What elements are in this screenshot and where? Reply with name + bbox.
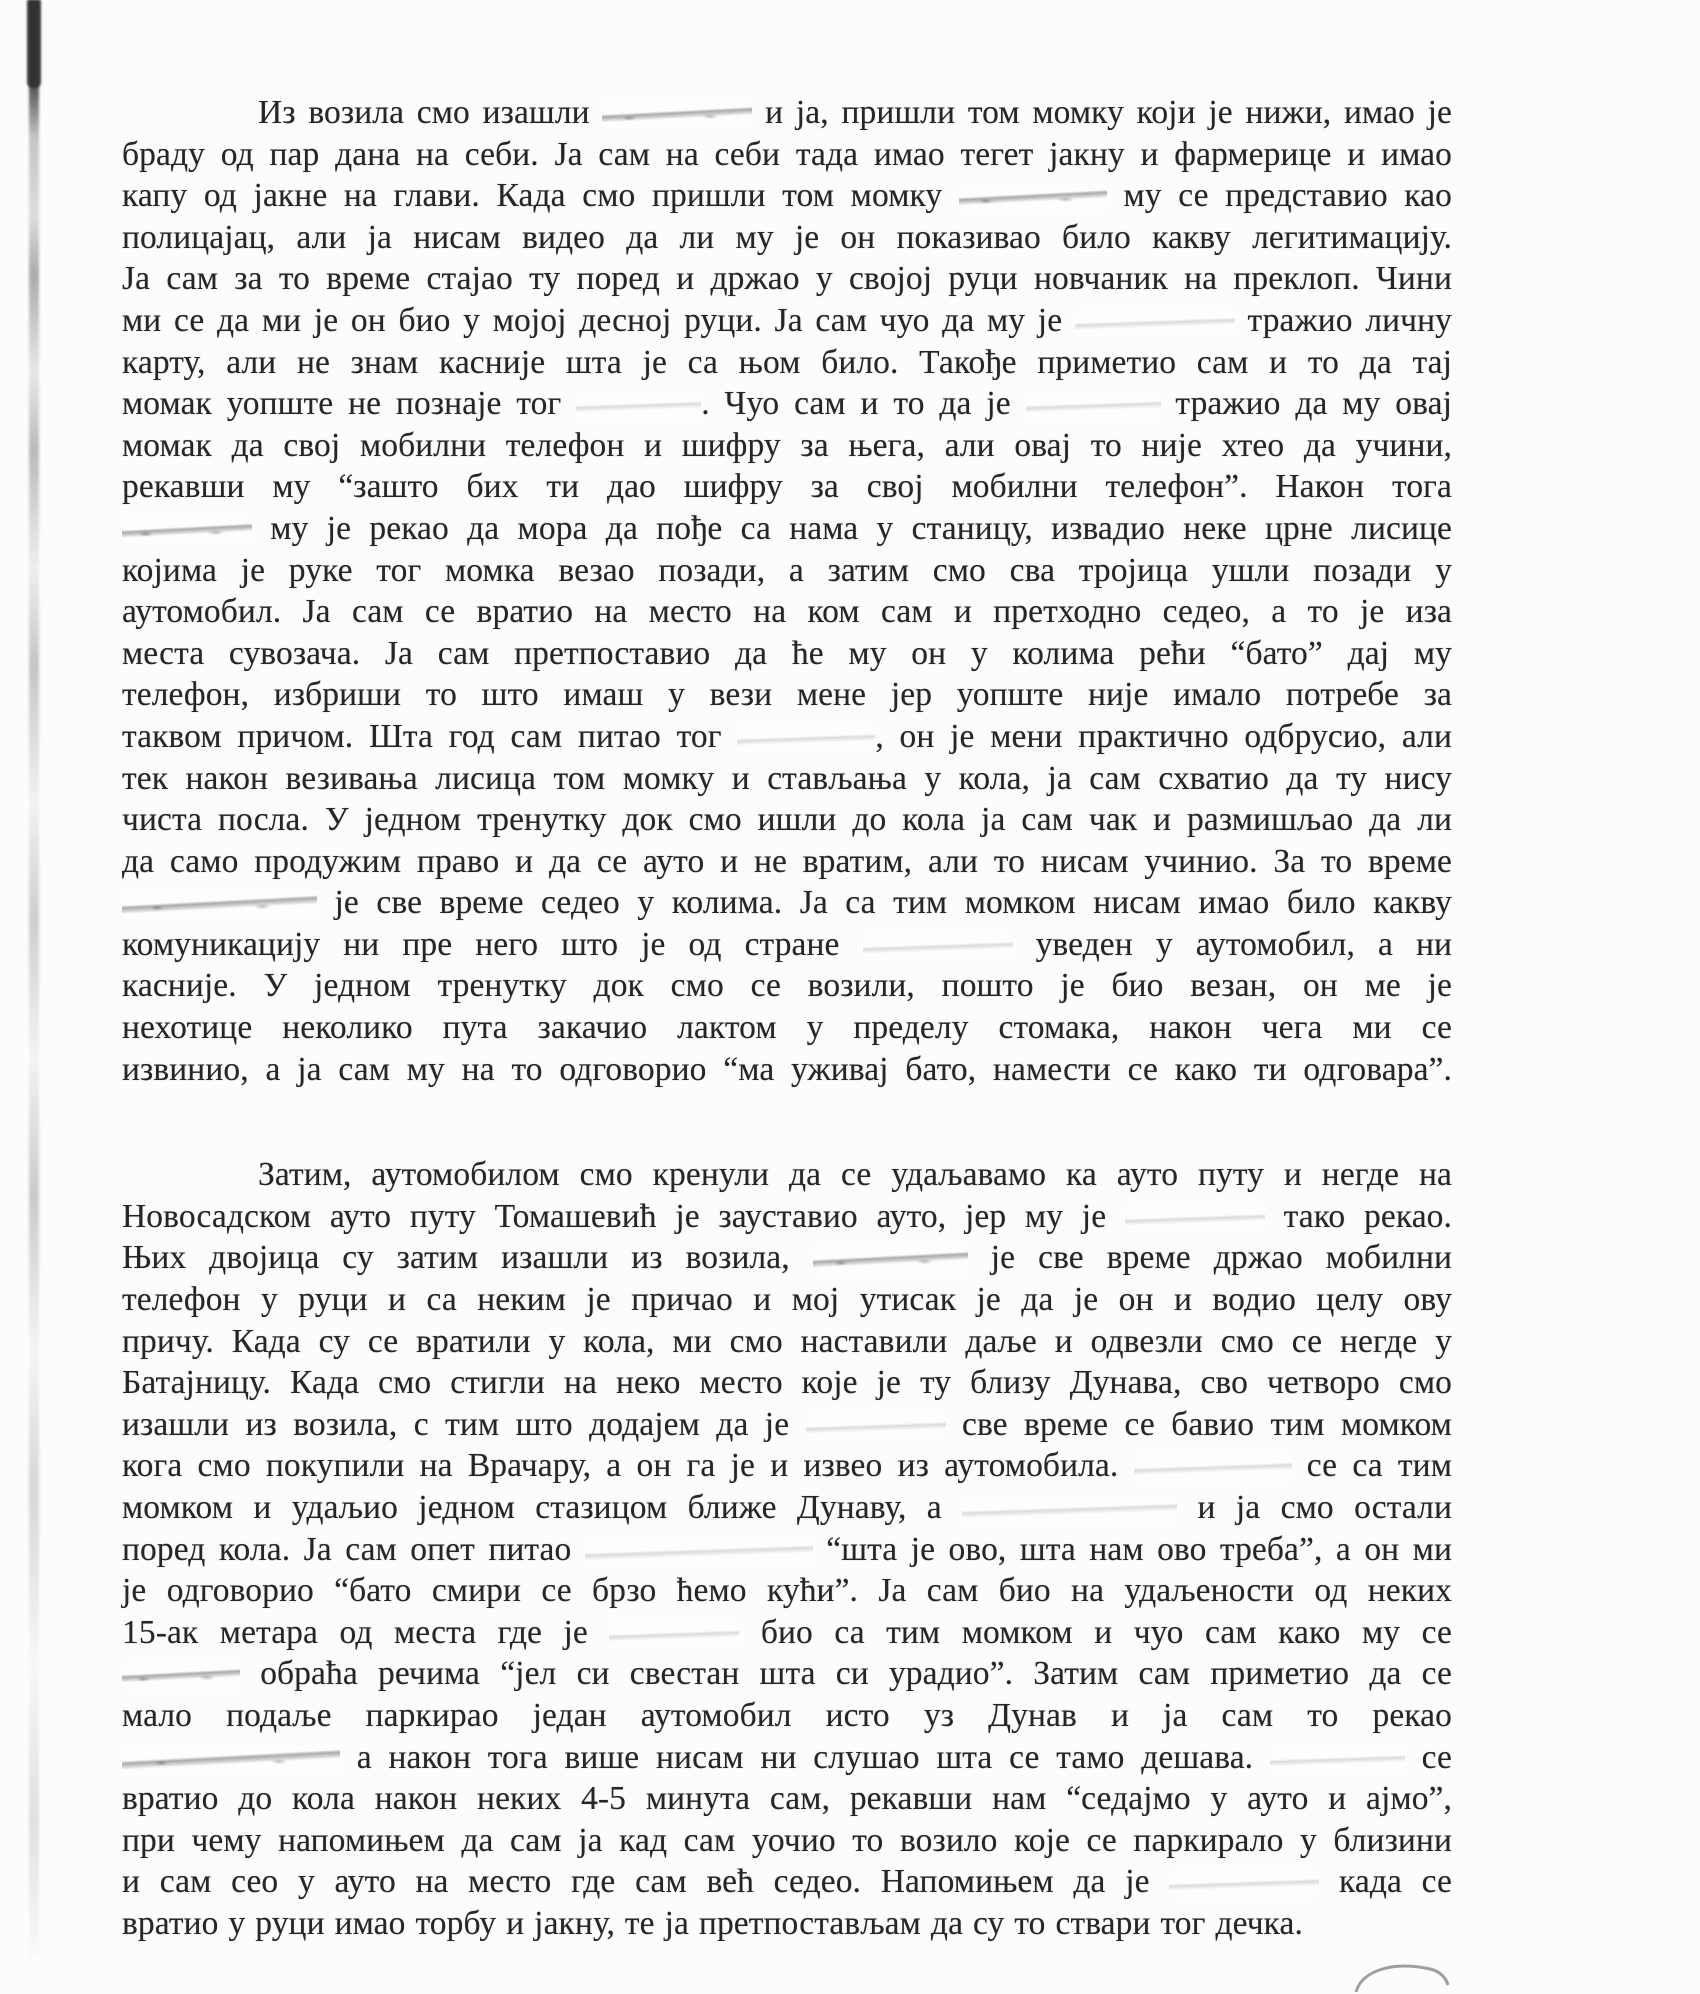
text-line: полицајац, али ја нисам видео да ли му ј… [122,217,1452,259]
document-page: Из возила смо изашли и ја, пришли том мо… [0,0,1700,1994]
text-line: мало подаље паркирао један аутомобил ист… [122,1695,1452,1737]
paragraph: Из возила смо изашли и ја, пришли том мо… [122,92,1452,1090]
text-line: да само продужим право и да се ауто и не… [122,841,1452,883]
redaction-mark [813,1245,968,1275]
text-line: браду од пар дана на себи. Ја сам на себ… [122,134,1452,176]
text-line: је све време седео у колима. Ја са тим м… [122,882,1452,924]
redaction-mark [962,1495,1177,1525]
redaction-mark [122,1745,340,1775]
text-line: кога смо покупили на Врачару, а он га је… [122,1445,1452,1487]
paragraph: Затим, аутомобилом смо кренули да се уда… [122,1154,1452,1944]
redaction-mark [737,724,875,754]
text-line: је одговорио “бато смири се брзо ћемо ку… [122,1570,1452,1612]
text-line: ми се да ми је он био у мојој десној руц… [122,300,1452,342]
text-line: Њих двојица су затим изашли из возила, ј… [122,1237,1452,1279]
redaction-mark [122,1661,240,1691]
text-line: поред кола. Ја сам опет питао “шта је ов… [122,1529,1452,1571]
text-line: нехотице неколико пута закачио лактом у … [122,1007,1452,1049]
redaction-mark [609,1620,739,1650]
text-line: рекавши му “зашто бих ти дао шифру за св… [122,466,1452,508]
redaction-mark [576,391,701,421]
redaction-mark [602,100,752,130]
redaction-mark [1075,308,1235,338]
text-line: места сувозача. Ја сам претпоставио да ћ… [122,633,1452,675]
redaction-mark [122,890,317,920]
redaction-mark [959,183,1107,213]
text-line: му је рекао да мора да пође са нама у ст… [122,508,1452,550]
pen-mark-artifact [1352,1958,1452,1994]
text-line: којима је руке тог момка везао позади, а… [122,550,1452,592]
text-line: капу од јакне на глави. Када смо пришли … [122,175,1452,217]
text-block: Из возила смо изашли и ја, пришли том мо… [122,92,1452,1945]
text-line: Батајницу. Када смо стигли на неко место… [122,1362,1452,1404]
redaction-mark [1125,1204,1265,1234]
redaction-mark [1026,391,1161,421]
redaction-mark [1270,1745,1405,1775]
text-line: Новосадском ауто путу Томашевић је зауст… [122,1196,1452,1238]
scan-edge-streak-artifact [29,0,39,1958]
text-line: таквом причом. Шта год сам питао тог , о… [122,716,1452,758]
text-line: чиста посла. У једном тренутку док смо и… [122,799,1452,841]
redaction-mark [1134,1453,1292,1483]
text-line: касније. У једном тренутку док смо се во… [122,965,1452,1007]
text-line: комуникацију ни пре него што је од стран… [122,924,1452,966]
text-line: момак уопште не познаје тог . Чуо сам и … [122,383,1452,425]
text-line: вратио до кола након неких 4-5 минута са… [122,1778,1452,1820]
text-line: а након тога више нисам ни слушао шта се… [122,1737,1452,1779]
text-line: телефон, избриши то што имаш у вези мене… [122,674,1452,716]
text-line: изашли из возила, с тим што додајем да ј… [122,1404,1452,1446]
redaction-mark [806,1412,946,1442]
redaction-mark [1169,1869,1319,1899]
redaction-mark [585,1537,813,1567]
text-line: аутомобил. Ја сам се вратио на место на … [122,591,1452,633]
text-line: извинио, а ја сам му на то одговорио “ма… [122,1049,1452,1091]
text-line: карту, али не знам касније шта је са њом… [122,342,1452,384]
text-line: тек након везивања лисица том момку и ст… [122,758,1452,800]
text-line: обраћа речима “јел си свестан шта си ура… [122,1653,1452,1695]
text-line: Ја сам за то време стајао ту поред и држ… [122,258,1452,300]
text-line: телефон у руци и са неким је причао и мо… [122,1279,1452,1321]
text-line: вратио у руци имао торбу и јакну, те ја … [122,1903,1452,1945]
text-line: момком и удаљио једном стазицом ближе Ду… [122,1487,1452,1529]
text-line: и сам сео у ауто на место где сам већ се… [122,1861,1452,1903]
text-line: причу. Када су се вратили у кола, ми смо… [122,1321,1452,1363]
text-line: при чему напомињем да сам ја кад сам уоч… [122,1820,1452,1862]
text-line: момак да свој мобилни телефон и шифру за… [122,425,1452,467]
text-line: 15-ак метара од места где је био са тим … [122,1612,1452,1654]
scan-edge-dark-cap-artifact [27,0,41,88]
text-line: Из возила смо изашли и ја, пришли том мо… [122,92,1452,134]
redaction-mark [122,516,252,546]
redaction-mark [863,932,1013,962]
text-line: Затим, аутомобилом смо кренули да се уда… [122,1154,1452,1196]
